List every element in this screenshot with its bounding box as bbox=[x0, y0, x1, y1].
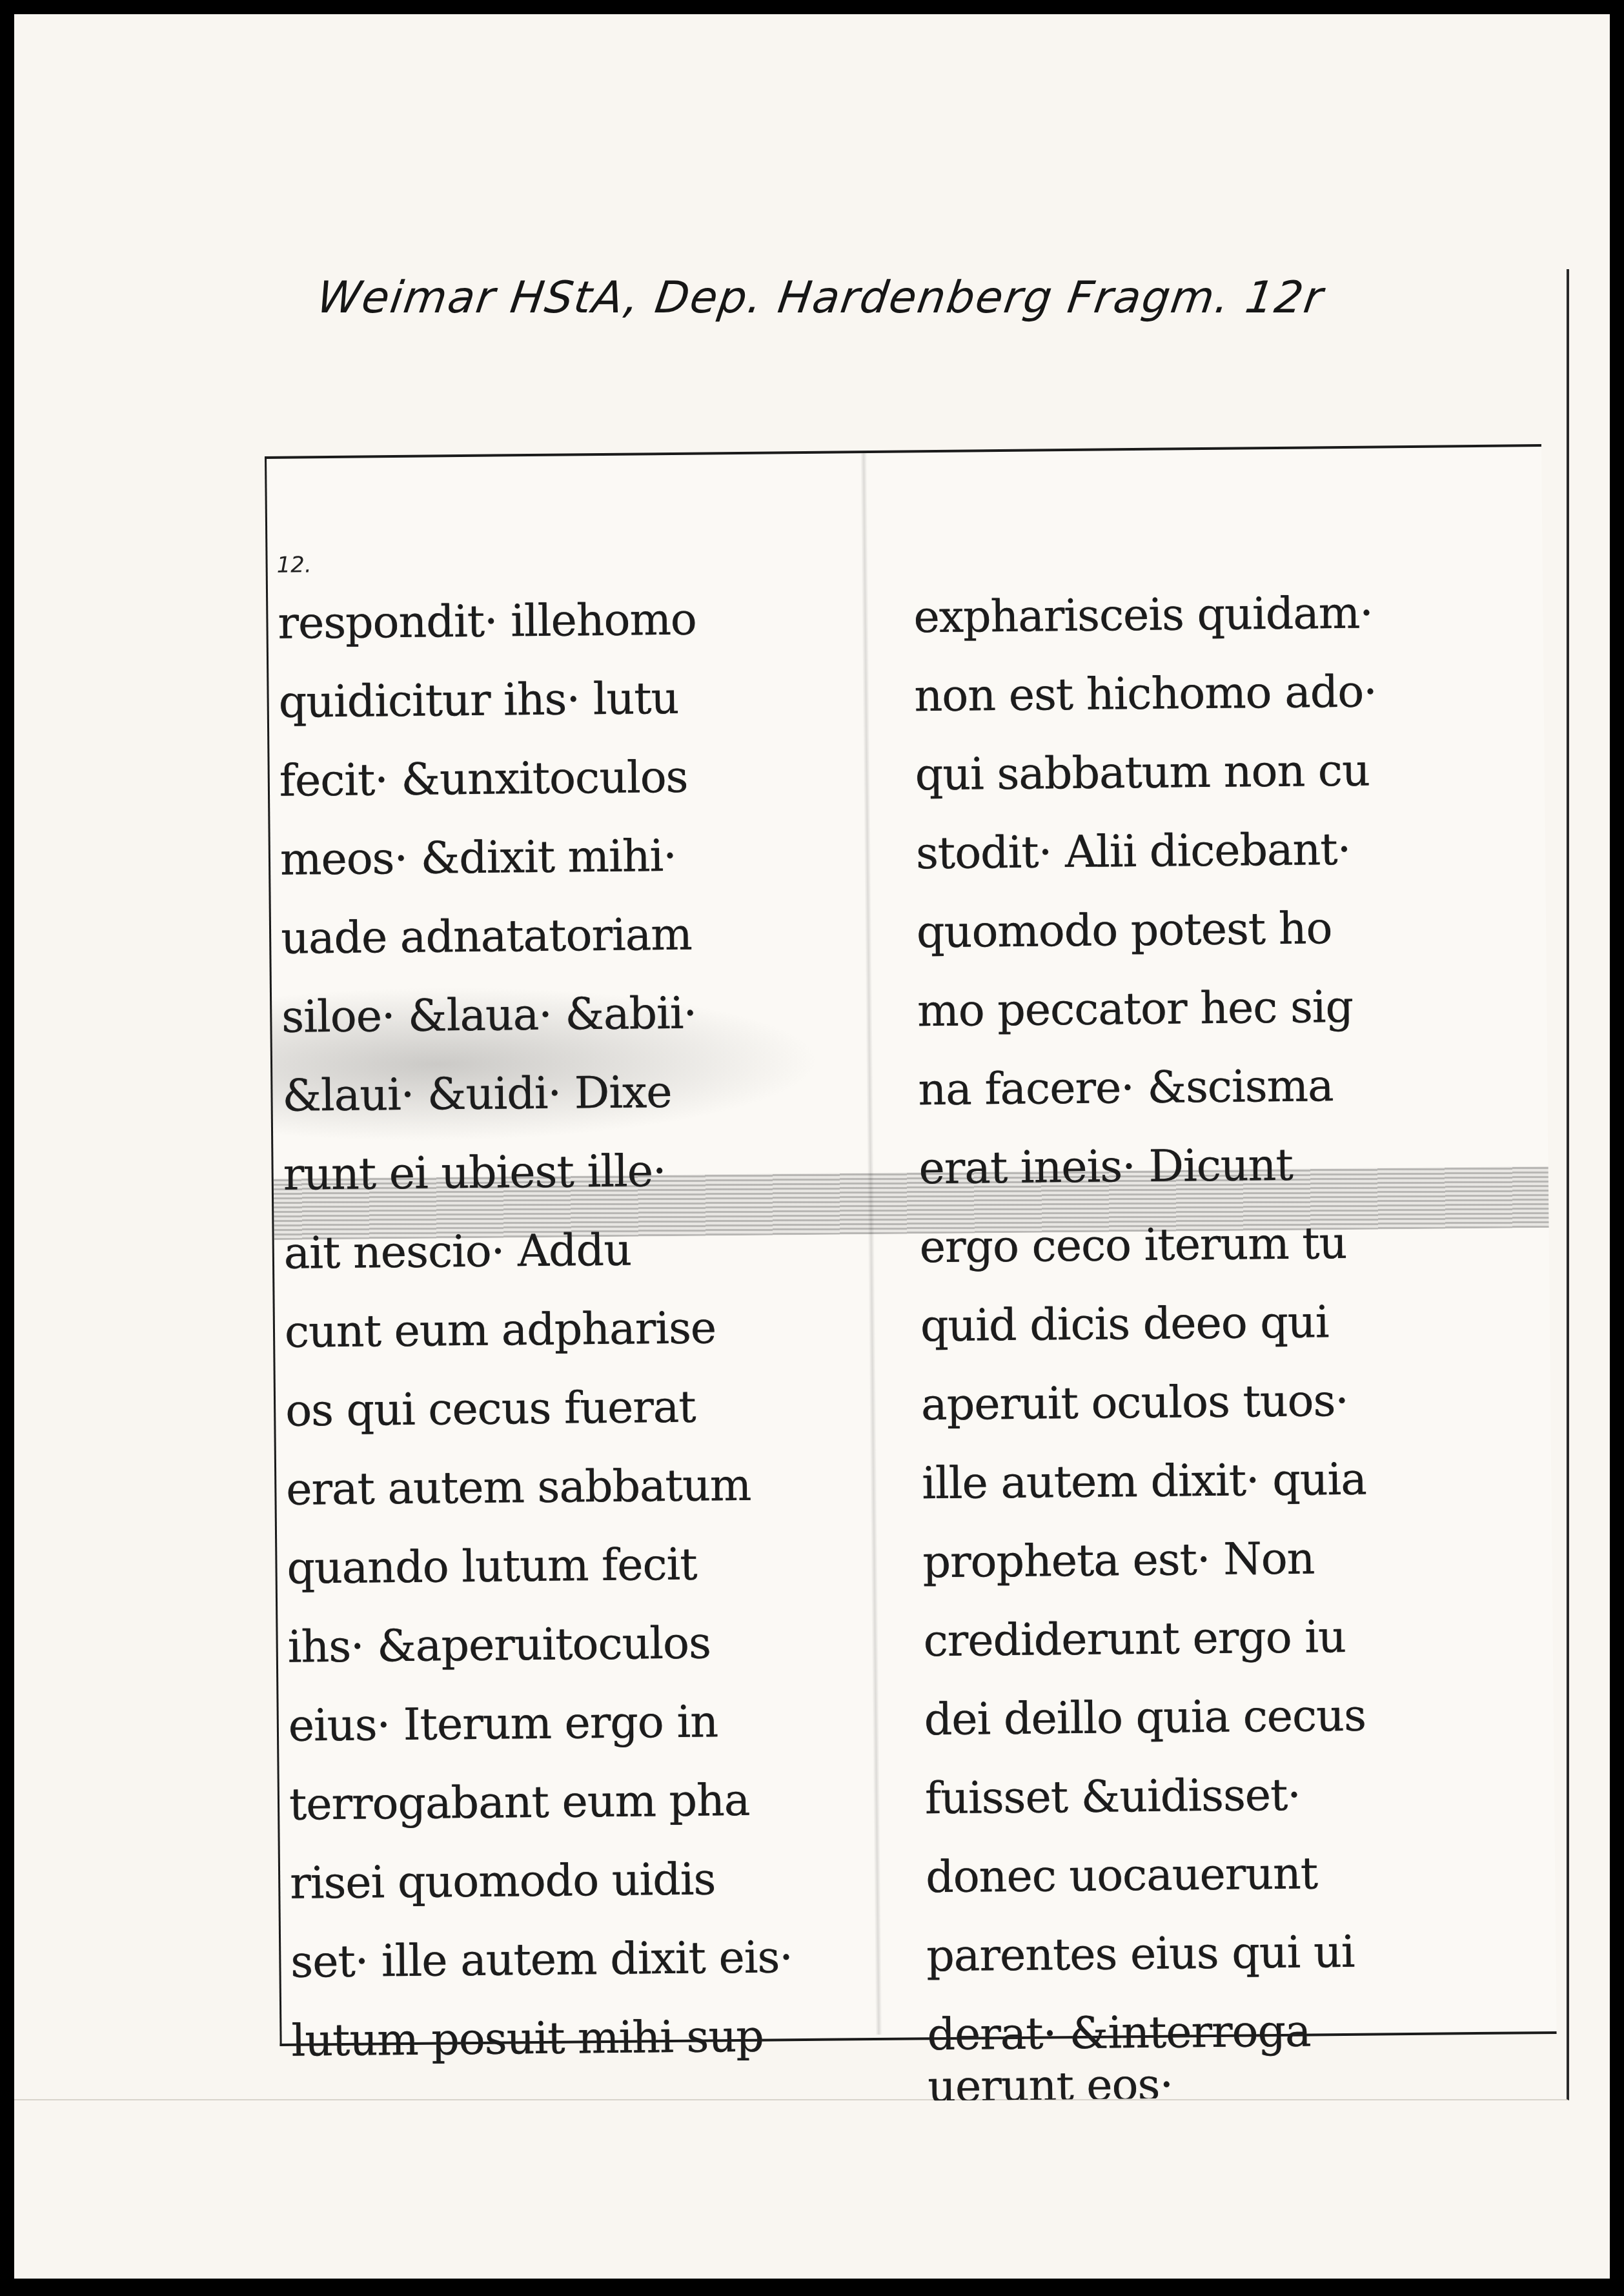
manuscript-line: parentes eius qui ui bbox=[926, 1913, 1389, 1996]
manuscript-line: respondit· illehomo bbox=[278, 580, 780, 663]
manuscript-line: ihs· &aperuitoculos bbox=[287, 1603, 790, 1687]
manuscript-line: stodit· Alii dicebant· bbox=[915, 810, 1378, 893]
manuscript-line: ait nescio· Addu bbox=[283, 1210, 786, 1293]
manuscript-line: quomodo potest ho bbox=[917, 889, 1379, 972]
manuscript-line: siloe· &laua· &abii· bbox=[281, 973, 784, 1057]
folio-number: 12. bbox=[276, 552, 311, 578]
manuscript-line: runt ei ubiest ille· bbox=[283, 1131, 786, 1214]
column-fold-line bbox=[860, 453, 882, 2035]
manuscript-line-cropped: uerunt eos· bbox=[928, 2070, 1390, 2100]
shelfmark-annotation: Weimar HStA, Dep. Hardenberg Fragm. 12r bbox=[314, 272, 1327, 323]
manuscript-line: terrogabant eum pha bbox=[289, 1761, 791, 1844]
manuscript-line: donec uocauerunt bbox=[926, 1834, 1388, 1917]
manuscript-line: fuisset &uidisset· bbox=[924, 1755, 1387, 1838]
manuscript-line: na facere· &scisma bbox=[918, 1046, 1381, 1130]
manuscript-line: propheta est· Non bbox=[922, 1519, 1385, 1602]
manuscript-line: non est hichomo ado· bbox=[914, 653, 1377, 736]
manuscript-line: uade adnatatoriam bbox=[281, 895, 784, 978]
manuscript-line: cunt eum adpharise bbox=[284, 1288, 787, 1372]
manuscript-line: aperuit oculos tuos· bbox=[921, 1361, 1384, 1445]
manuscript-line: quando lutum fecit bbox=[287, 1525, 789, 1608]
left-text-column: respondit· illehomo quidicitur ihs· lutu… bbox=[278, 580, 794, 2080]
manuscript-line: erat ineis· Dicunt bbox=[919, 1125, 1381, 1208]
manuscript-fragment-image: 12. respondit· illehomo quidicitur ihs· … bbox=[265, 444, 1557, 2046]
right-text-column: expharisceis quidam· non est hichomo ado… bbox=[913, 574, 1390, 2100]
manuscript-line: erat autem sabbatum bbox=[286, 1446, 789, 1529]
manuscript-line: ille autem dixit· quia bbox=[922, 1440, 1385, 1523]
manuscript-line: expharisceis quidam· bbox=[913, 574, 1376, 657]
manuscript-line: os qui cecus fuerat bbox=[285, 1367, 788, 1450]
manuscript-line: qui sabbatum non cu bbox=[915, 731, 1377, 815]
manuscript-line: lutum posuit mihi sup bbox=[291, 1997, 794, 2080]
manuscript-line: derat· &interroga bbox=[927, 1991, 1390, 2075]
manuscript-line: crediderunt ergo iu bbox=[923, 1598, 1386, 1681]
scanned-sheet: Weimar HStA, Dep. Hardenberg Fragm. 12r … bbox=[14, 14, 1610, 2279]
manuscript-line: dei deillo quia cecus bbox=[924, 1676, 1386, 1760]
manuscript-line: ergo ceco iterum tu bbox=[919, 1204, 1382, 1287]
manuscript-line: &laui· &uidi· Dixe bbox=[282, 1052, 785, 1135]
manuscript-line: quid dicis deeo qui bbox=[920, 1283, 1383, 1366]
manuscript-line: risei quomodo uidis bbox=[290, 1840, 793, 1923]
manuscript-line: eius· Iterum ergo in bbox=[288, 1682, 791, 1765]
manuscript-line: fecit· &unxitoculos bbox=[279, 737, 782, 820]
manuscript-line: set· ille autem dixit eis· bbox=[290, 1918, 793, 2002]
manuscript-line: mo peccator hec sig bbox=[917, 968, 1380, 1051]
manuscript-line: quidicitur ihs· lutu bbox=[278, 658, 781, 742]
manuscript-line: meos· &dixit mihi· bbox=[279, 816, 782, 899]
